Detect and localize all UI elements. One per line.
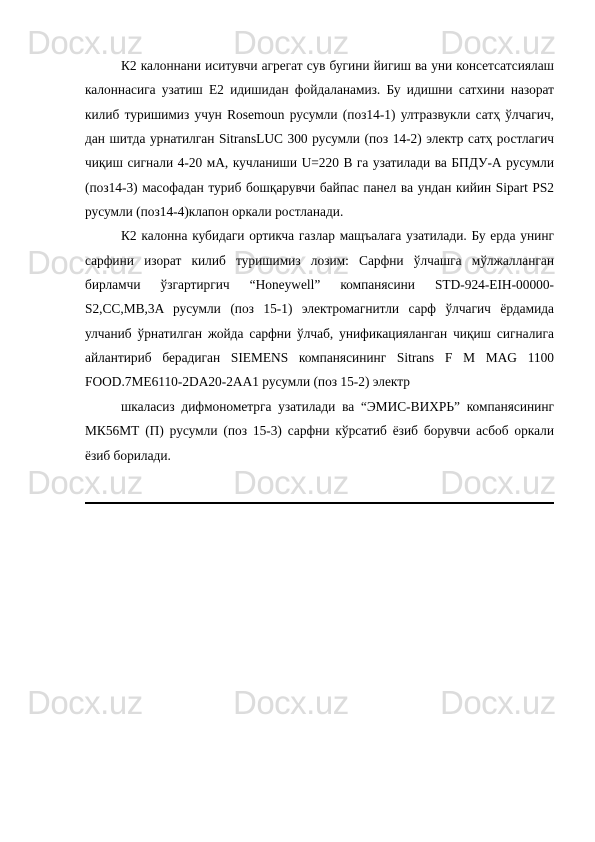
- paragraph-k2-gas-flow: К2 калонна кубидаги ортикча газлар мащъа…: [85, 224, 554, 394]
- watermark-text: Docx.uz: [440, 684, 556, 722]
- watermark-text: Docx.uz: [440, 464, 556, 502]
- watermark-text: Docx.uz: [27, 464, 143, 502]
- watermark-text: Docx.uz: [233, 684, 349, 722]
- document-body: К2 калоннани иситувчи агрегат сув бугини…: [85, 54, 554, 468]
- horizontal-rule: [85, 502, 554, 504]
- paragraph-flow-recorder: шкаласиз дифмонометрга узатилади ва “ЭМИ…: [85, 395, 554, 468]
- watermark-text: Docx.uz: [233, 464, 349, 502]
- paragraph-k2-condensate: К2 калоннани иситувчи агрегат сув бугини…: [85, 54, 554, 224]
- watermark-text: Docx.uz: [27, 684, 143, 722]
